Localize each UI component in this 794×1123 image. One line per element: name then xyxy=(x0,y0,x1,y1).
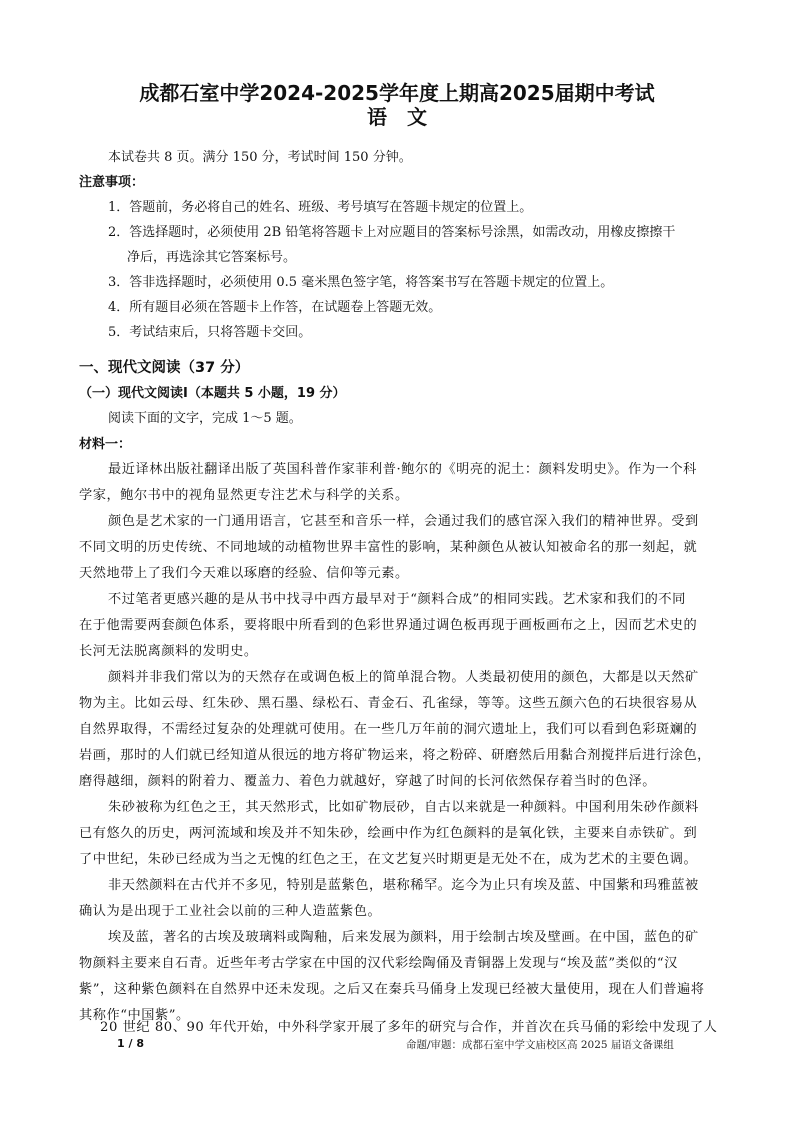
passage-line: 朱砂被称为红色之王，其天然形式，比如矿物辰砂，自古以来就是一种颜料。中国利用朱砂… xyxy=(108,800,744,816)
notice-item-5: 5．考试结束后，只将答题卡交回。 xyxy=(108,325,744,341)
notice-item-2: 2．答选择题时，必须使用 2B 铅笔将答题卡上对应题目的答案标号涂黑，如需改动，… xyxy=(108,225,744,241)
passage-line: 在于他需要两套颜色体系，要将眼中所看到的色彩世界通过调色板再现于画板画布之上，因… xyxy=(79,618,715,634)
material-label: 材料一： xyxy=(79,437,715,453)
passage-line: 紫”，这种紫色颜料在自然界中还未发现。之后又在秦兵马俑身上发现已经被大量使用，现… xyxy=(79,982,715,998)
passage-line: 不同文明的历史传统、不同地域的动植物世界丰富性的影响，某种颜色从被认知被命名的那… xyxy=(79,540,715,556)
passage-line: 最近译林出版社翻译出版了英国科普作家菲利普·鲍尔的《明亮的泥土：颜料发明史》。作… xyxy=(108,462,744,478)
passage-line: 天然地带上了我们今天难以琢磨的经验、信仰等元素。 xyxy=(79,566,715,582)
passage-line: 长河无法脱离颜料的发明史。 xyxy=(79,644,715,660)
passage-line: 物颜料主要来自石青。近些年考古学家在中国的汉代彩绘陶俑及青铜器上发现与“埃及蓝”… xyxy=(79,956,715,972)
passage-line: 20 世纪 80、90 年代开始，中外科学家开展了多年的研究与合作，并首次在兵马… xyxy=(100,1020,736,1036)
passage-line: 颜料并非我们常以为的天然存在或调色板上的简单混合物。人类最初使用的颜色，大都是以… xyxy=(108,670,744,686)
passage-line: 埃及蓝，著名的古埃及玻璃料或陶釉，后来发展为颜料，用于绘制古埃及壁画。在中国，蓝… xyxy=(108,930,744,946)
exam-subject: 语 文 xyxy=(0,104,794,130)
passage-line: 了中世纪，朱砂已经成为当之无愧的红色之王，在文艺复兴时期更是无处不在，成为艺术的… xyxy=(79,852,715,868)
notice-item-1: 1．答题前，务必将自己的姓名、班级、考号填写在答题卡规定的位置上。 xyxy=(108,200,744,216)
notice-heading: 注意事项： xyxy=(79,175,715,191)
passage-line: 已有悠久的历史，两河流域和埃及并不知朱砂，绘画中作为红色颜料的是氧化铁，主要来自… xyxy=(79,826,715,842)
footer-credit: 命题/审题：成都石室中学文庙校区高 2025 届语文备课组 xyxy=(406,1037,674,1052)
exam-intro: 本试卷共 8 页。满分 150 分，考试时间 150 分钟。 xyxy=(108,150,744,166)
passage-line: 不过笔者更感兴趣的是从书中找寻中西方最早对于“颜料合成”的相同实践。艺术家和我们… xyxy=(108,592,744,608)
notice-item-3: 3．答非选择题时，必须使用 0.5 毫米黑色签字笔，将答案书写在答题卡规定的位置… xyxy=(108,275,744,291)
notice-item-2-cont: 净后，再选涂其它答案标号。 xyxy=(127,250,763,266)
reading-instruction: 阅读下面的文字，完成 1～5 题。 xyxy=(108,411,744,427)
exam-page: 成都石室中学2024-2025学年度上期高2025届期中考试 语 文 本试卷共 … xyxy=(0,0,794,1123)
page-number: 1 / 8 xyxy=(117,1037,144,1050)
passage-line: 物为主。比如云母、红朱砂、黑石墨、绿松石、青金石、孔雀绿，等等。这些五颜六色的石… xyxy=(79,696,715,712)
passage-line: 确认为是出现于工业社会以前的三种人造蓝紫色。 xyxy=(79,904,715,920)
notice-item-4: 4．所有题目必须在答题卡上作答，在试题卷上答题无效。 xyxy=(108,300,744,316)
passage-line: 学家，鲍尔书中的视角显然更专注艺术与科学的关系。 xyxy=(79,488,715,504)
exam-title: 成都石室中学2024-2025学年度上期高2025届期中考试 xyxy=(0,80,794,106)
passage-line: 磨得越细，颜料的附着力、覆盖力、着色力就越好，穿越了时间的长河依然保存着当时的色… xyxy=(79,774,715,790)
section-heading: 一、现代文阅读（37 分） xyxy=(79,360,715,376)
passage-line: 自然界取得，不需经过复杂的处理就可使用。在一些几万年前的洞穴遗址上，我们可以看到… xyxy=(79,722,715,738)
passage-line: 岩画，那时的人们就已经知道从很远的地方将矿物运来，将之粉碎、研磨然后用黏合剂搅拌… xyxy=(79,748,715,764)
subsection-heading: （一）现代文阅读Ⅰ（本题共 5 小题，19 分） xyxy=(79,386,715,402)
passage-line: 非天然颜料在古代并不多见，特别是蓝紫色，堪称稀罕。迄今为止只有埃及蓝、中国紫和玛… xyxy=(108,878,744,894)
passage-line: 颜色是艺术家的一门通用语言，它甚至和音乐一样，会通过我们的感官深入我们的精神世界… xyxy=(108,514,744,530)
